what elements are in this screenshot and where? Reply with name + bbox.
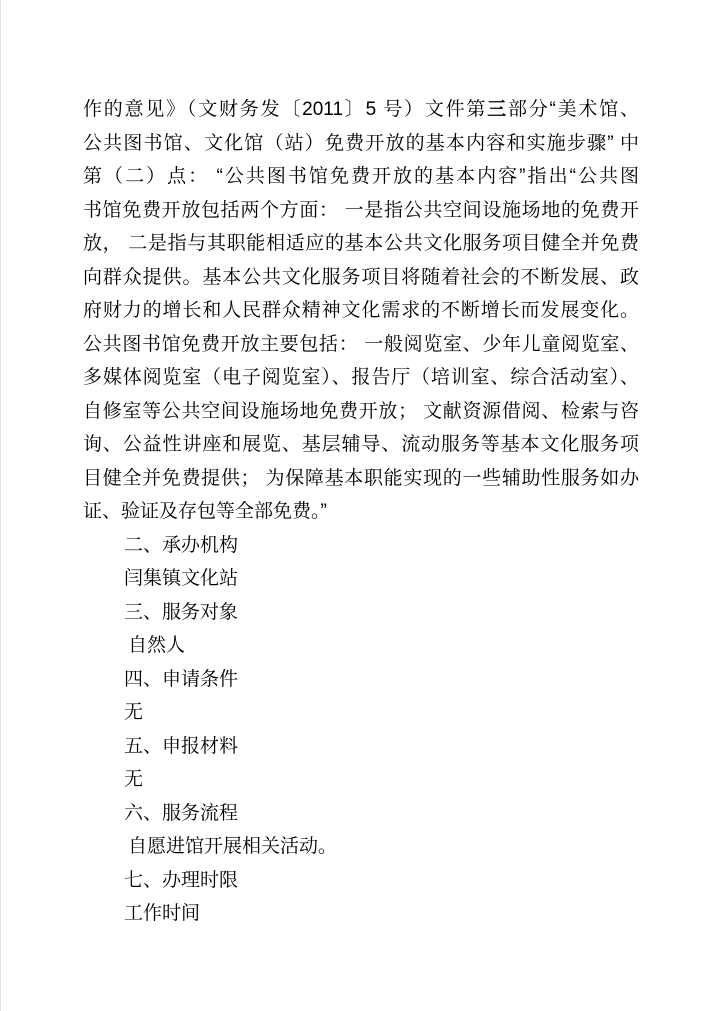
paragraph-line: 证、验证及存包等全部免费。” [83, 495, 639, 529]
paragraph-line: 多媒体阅览室（电子阅览室）、报告厅（培训室、综合活动室）、 [83, 361, 639, 395]
section-value: 闫集镇文化站 [83, 562, 639, 596]
paragraph-bold-text: 三 [487, 99, 508, 120]
section-heading: 六、服务流程 [83, 797, 639, 831]
paragraph-text: 作的意见》（文财务发〔2011〕5 号）文件第 [83, 99, 487, 120]
paragraph-line: 书馆免费开放包括两个方面： 一是指公共空间设施场地的免费开 [83, 194, 639, 228]
section-value: 无 [83, 696, 639, 730]
paragraph-text: 部分“美术馆、 [508, 99, 639, 120]
paragraph-line: 公共图书馆、文化馆（站）免费开放的基本内容和实施步骤” 中 [83, 127, 639, 161]
paragraph-line: 自修室等公共空间设施场地免费开放； 文献资源借阅、检索与咨 [83, 395, 639, 429]
document-content: 作的意见》（文财务发〔2011〕5 号）文件第三部分“美术馆、 公共图书馆、文化… [83, 93, 639, 931]
section-value: 自然人 [83, 629, 639, 663]
paragraph-line: 向群众提供。基本公共文化服务项目将随着社会的不断发展、政 [83, 261, 639, 295]
section-heading: 二、承办机构 [83, 529, 639, 563]
paragraph-line: 目健全并免费提供； 为保障基本职能实现的一些辅助性服务如办 [83, 462, 639, 496]
section-value: 无 [83, 763, 639, 797]
paragraph-line: 公共图书馆免费开放主要包括： 一般阅览室、少年儿童阅览室、 [83, 328, 639, 362]
paragraph-line: 放， 二是指与其职能相适应的基本公共文化服务项目健全并免费 [83, 227, 639, 261]
section-heading: 五、申报材料 [83, 730, 639, 764]
section-value: 工作时间 [83, 897, 639, 931]
paragraph-line: 第（二）点： “公共图书馆免费开放的基本内容”指出“公共图 [83, 160, 639, 194]
paragraph-line: 府财力的增长和人民群众精神文化需求的不断增长而发展变化。 [83, 294, 639, 328]
document-page: 作的意见》（文财务发〔2011〕5 号）文件第三部分“美术馆、 公共图书馆、文化… [0, 0, 715, 1011]
section-heading: 三、服务对象 [83, 596, 639, 630]
section-heading: 四、申请条件 [83, 663, 639, 697]
paragraph-line: 询、公益性讲座和展览、基层辅导、流动服务等基本文化服务项 [83, 428, 639, 462]
section-heading: 七、办理时限 [83, 864, 639, 898]
section-value: 自愿进馆开展相关活动。 [83, 830, 639, 864]
paragraph-line: 作的意见》（文财务发〔2011〕5 号）文件第三部分“美术馆、 [83, 93, 639, 127]
